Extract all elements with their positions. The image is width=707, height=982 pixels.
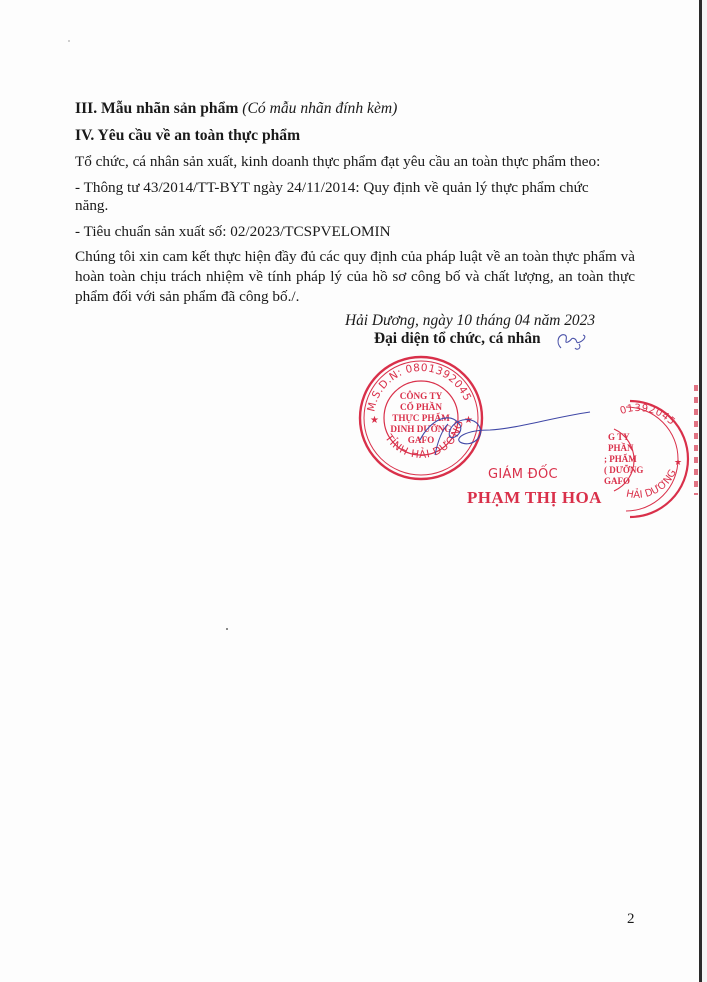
document-page: III. Mẫu nhãn sản phẩm (Có mẫu nhãn đính… [0,0,699,982]
page-margin-strip [702,0,707,982]
svg-text:★: ★ [674,457,682,467]
svg-text:GAFO: GAFO [604,476,630,486]
place-date: Hải Dương, ngày 10 tháng 04 năm 2023 [345,312,595,330]
director-title: GIÁM ĐỐC [488,467,558,482]
svg-text:( DƯỠNG: ( DƯỠNG [604,465,643,475]
section-4-intro: Tổ chức, cá nhân sản xuất, kinh doanh th… [75,152,600,172]
director-signature-icon [400,400,600,470]
director-name: PHẠM THỊ HOA [467,488,602,508]
initials-signature-icon [553,330,593,352]
section-3-heading: III. Mẫu nhãn sản phẩm (Có mẫu nhãn đính… [75,99,397,119]
page-number: 2 [627,911,635,928]
regulation-item-1: - Thông tư 43/2014/TT-BYT ngày 24/11/201… [75,178,589,198]
scan-speck [68,40,70,42]
svg-text:G TY: G TY [608,432,630,442]
section-4-heading: IV. Yêu cầu về an toàn thực phẩm [75,126,300,146]
svg-text:PHẦN: PHẦN [608,443,634,453]
svg-text:; PHẨM: ; PHẨM [604,454,637,464]
scan-speck [226,628,228,630]
representative-label: Đại diện tổ chức, cá nhân [374,330,541,348]
commitment-paragraph: Chúng tôi xin cam kết thực hiện đầy đủ c… [75,247,635,307]
stamp-edge-fragment [694,385,698,495]
svg-text:★: ★ [370,415,379,426]
section-3-title: III. Mẫu nhãn sản phẩm [75,100,238,117]
regulation-item-1-cont: năng. [75,196,108,216]
svg-text:01392045: 01392045 [619,403,677,428]
regulation-item-2: - Tiêu chuẩn sản xuất số: 02/2023/TCSPVE… [75,222,391,242]
section-3-note: (Có mẫu nhãn đính kèm) [242,100,397,117]
partial-stamp-icon: 01392045 HẢI DƯƠNG ★ G TY PHẦN ; PHẨM ( … [602,395,692,525]
